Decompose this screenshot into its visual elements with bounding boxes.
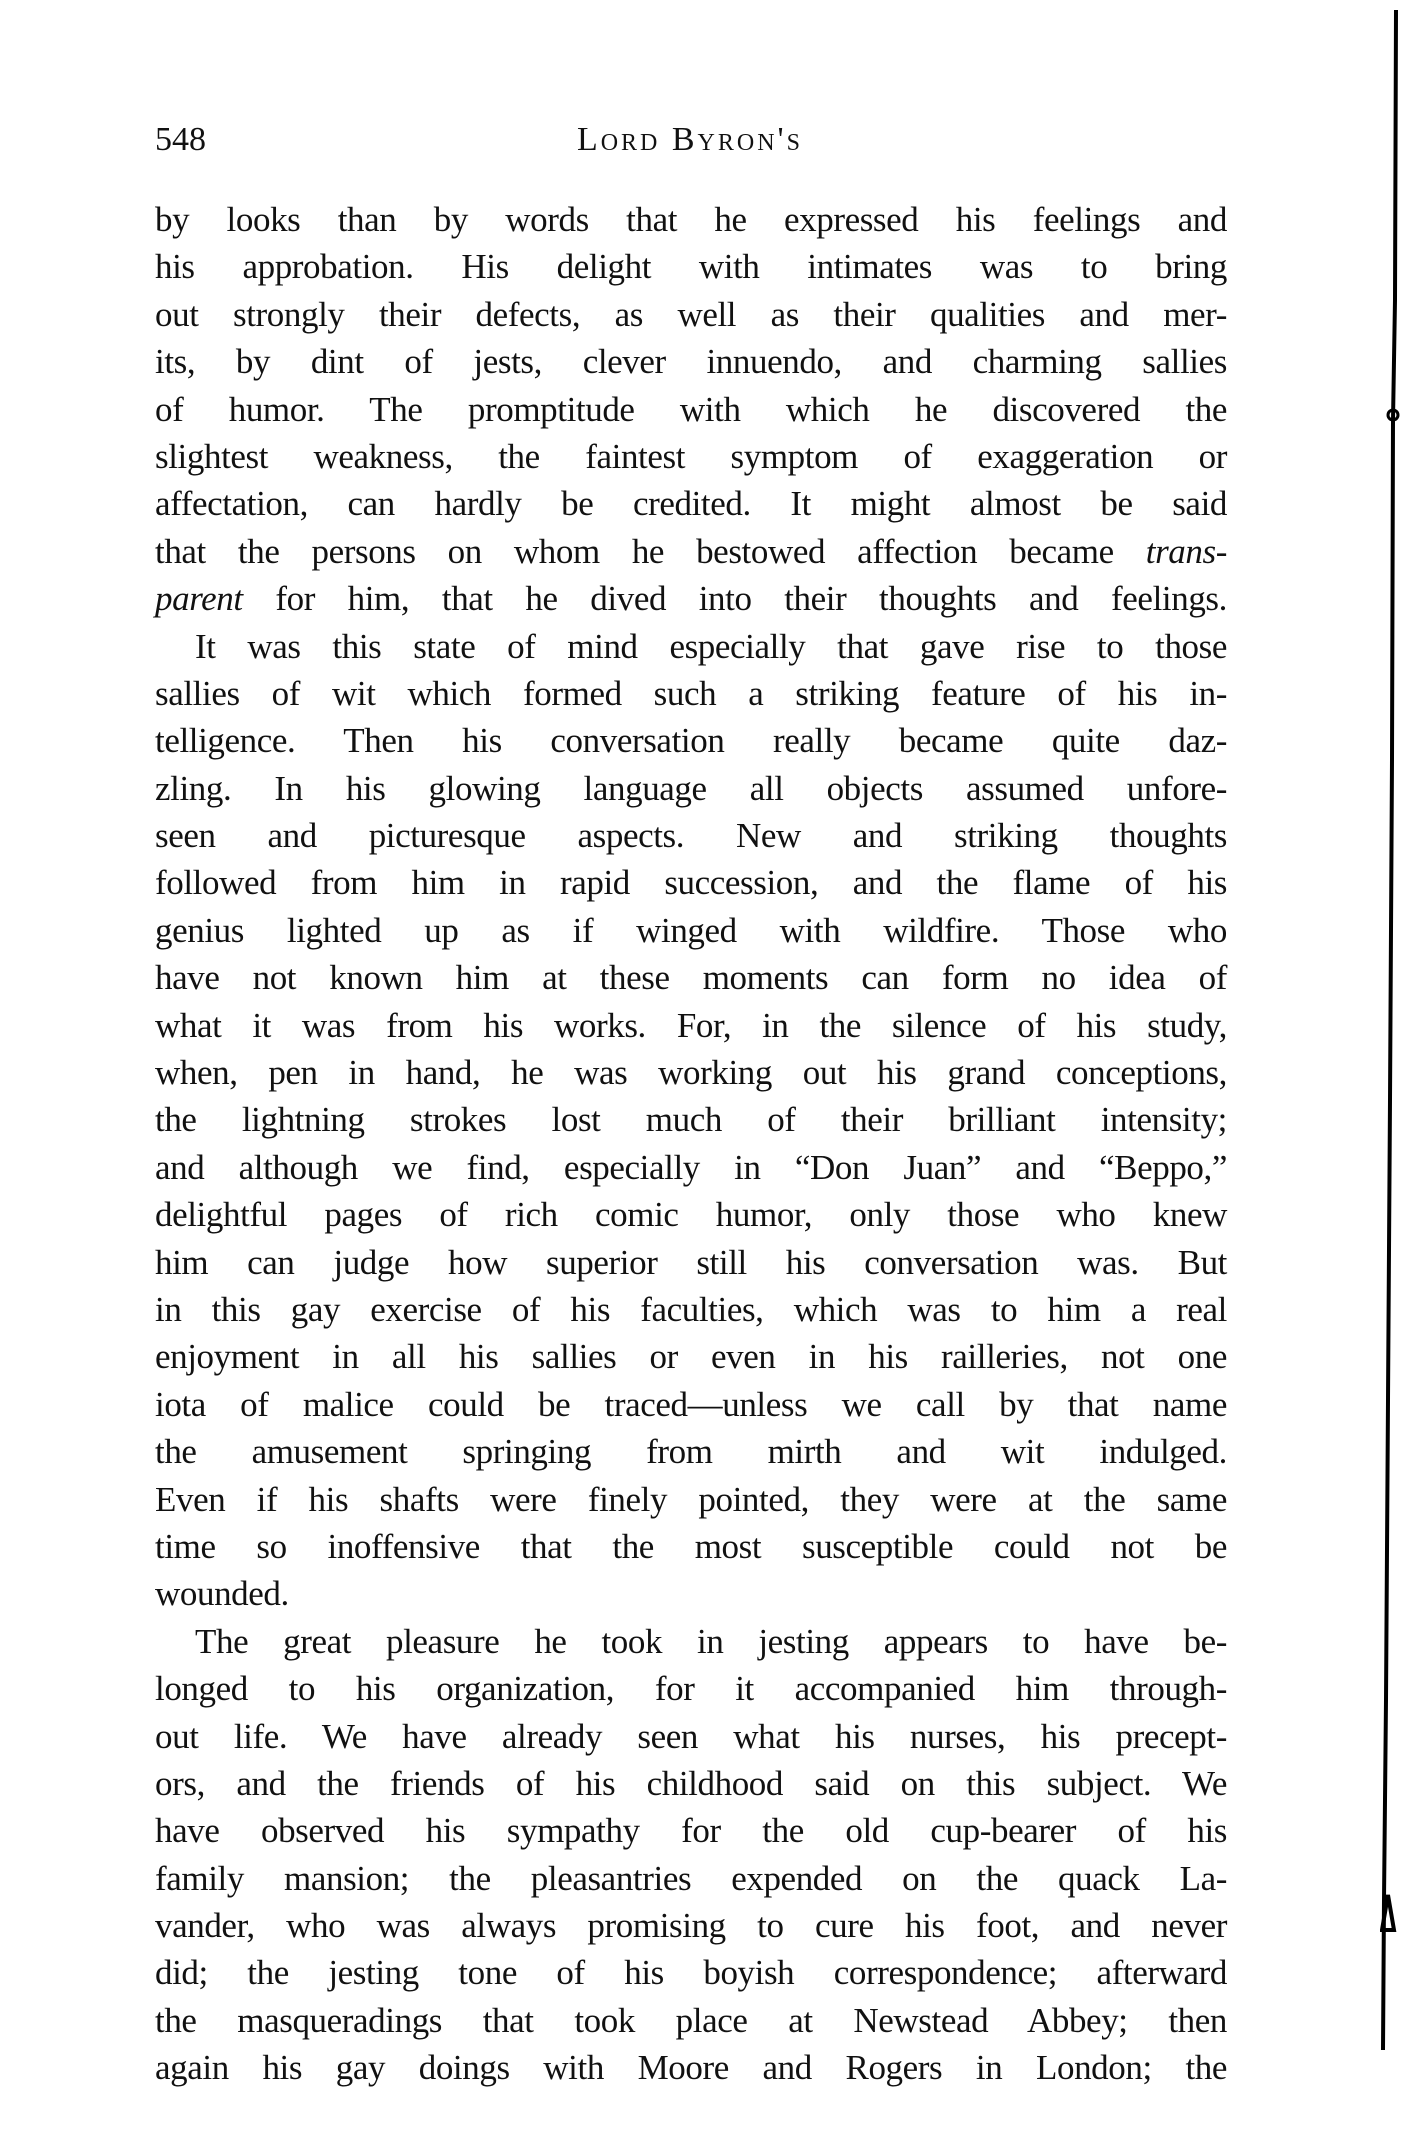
italic-word: trans- [1146,532,1227,571]
text-line: Even if his shafts were finely pointed, … [155,1476,1227,1523]
text-line: out life. We have already seen what his … [155,1713,1227,1760]
paragraph-start-line: The great pleasure he took in jesting ap… [155,1618,1227,1665]
text-line: that the persons on whom he bestowed aff… [155,528,1227,575]
text-line: seen and picturesque aspects. New and st… [155,812,1227,859]
running-title: Lord Byron's [155,112,1225,168]
text-line: zling. In his glowing language all objec… [155,765,1227,812]
text-line: telligence. Then his conversation really… [155,717,1227,764]
text-run: for him, that he dived into their though… [243,579,1227,618]
text-line: in this gay exercise of his faculties, w… [155,1286,1227,1333]
text-line: by looks than by words that he expressed… [155,196,1227,243]
scanned-book-page: 548 Lord Byron's by looks than by words … [0,0,1417,2140]
text-line: affectation, can hardly be credited. It … [155,480,1227,527]
text-line: family mansion; the pleasantries expende… [155,1855,1227,1902]
text-line: what it was from his works. For, in the … [155,1002,1227,1049]
text-line: have observed his sympathy for the old c… [155,1807,1227,1854]
text-line: again his gay doings with Moore and Roge… [155,2044,1227,2091]
italic-word: parent [155,579,243,618]
binding-line-icon [1380,0,1410,2140]
page-binding-edge [1380,0,1410,2140]
text-line: sallies of wit which formed such a strik… [155,670,1227,717]
text-line: enjoyment in all his sallies or even in … [155,1333,1227,1380]
text-line: his approbation. His delight with intima… [155,243,1227,290]
text-line: and although we find, especially in “Don… [155,1144,1227,1191]
text-line: iota of malice could be traced—unless we… [155,1381,1227,1428]
text-line: vander, who was always promising to cure… [155,1902,1227,1949]
text-line: him can judge how superior still his con… [155,1239,1227,1286]
paragraph-start-line: It was this state of mind especially tha… [155,623,1227,670]
text-line: delightful pages of rich comic humor, on… [155,1191,1227,1238]
text-line: of humor. The promptitude with which he … [155,386,1227,433]
text-line: ors, and the friends of his childhood sa… [155,1760,1227,1807]
text-line: followed from him in rapid succession, a… [155,859,1227,906]
text-line: the masqueradings that took place at New… [155,1997,1227,2044]
body-text: by looks than by words that he expressed… [155,196,1227,2092]
text-line: slightest weakness, the faintest symptom… [155,433,1227,480]
text-line: did; the jesting tone of his boyish corr… [155,1949,1227,1996]
text-line: time so inoffensive that the most suscep… [155,1523,1227,1570]
paragraph-end-line: wounded. [155,1570,1227,1617]
text-line: genius lighted up as if winged with wild… [155,907,1227,954]
text-line: parent for him, that he dived into their… [155,575,1227,622]
text-line: when, pen in hand, he was working out hi… [155,1049,1227,1096]
running-head: 548 Lord Byron's [155,112,1225,168]
text-line: its, by dint of jests, clever innuendo, … [155,338,1227,385]
text-line: longed to his organization, for it accom… [155,1665,1227,1712]
text-line: out strongly their defects, as well as t… [155,291,1227,338]
text-line: the lightning strokes lost much of their… [155,1096,1227,1143]
text-run: that the persons on whom he bestowed aff… [155,532,1146,571]
text-line: have not known him at these moments can … [155,954,1227,1001]
text-line: the amusement springing from mirth and w… [155,1428,1227,1475]
